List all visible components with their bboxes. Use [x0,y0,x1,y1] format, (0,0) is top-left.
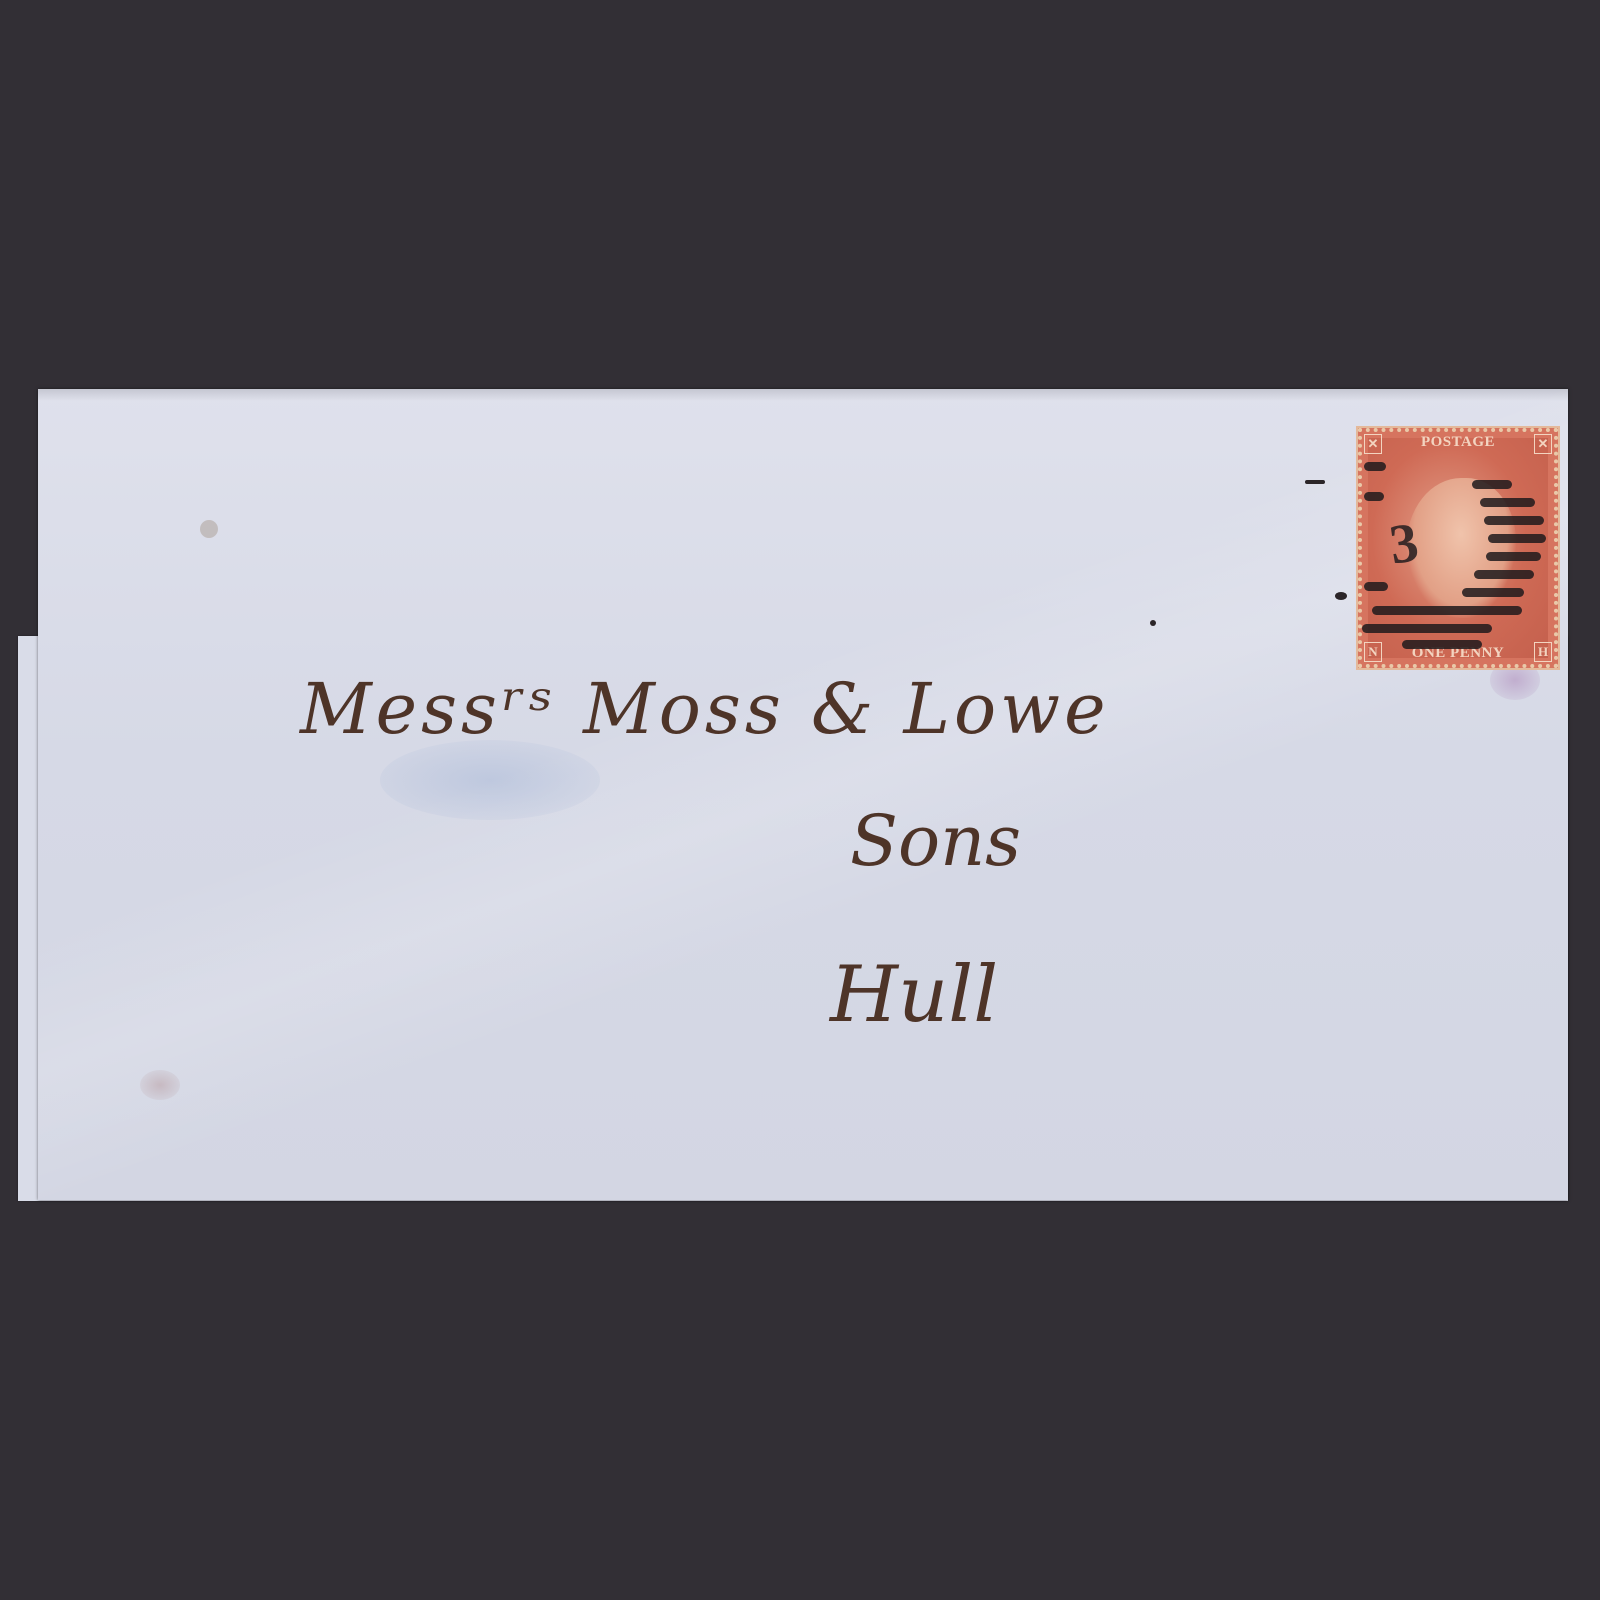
penny-red-stamp: ✕ ✕ POSTAGE ONE PENNY N H 3 [1358,428,1558,668]
blue-stain [380,740,600,820]
envelope [38,389,1568,1200]
address-line-town: Hull [830,950,998,1040]
cancel-mark-dash [1305,480,1325,484]
brown-spot [200,520,218,538]
ink-cross-mark [140,1070,180,1100]
address-line-sons: Sons [850,800,1021,882]
cancel-mark-dot [1335,592,1347,600]
cancel-mark-dot [1150,620,1156,626]
address-line-addressee: Messʳˢ Moss & Lowe [300,668,1110,750]
paper-fold-shading [38,389,1568,1200]
